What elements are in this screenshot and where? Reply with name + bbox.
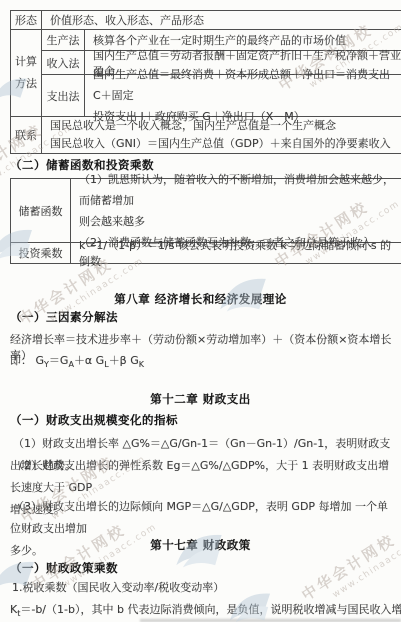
formula-part: 即： G: [10, 354, 44, 367]
chapter17-subheading: （一）财政政策乘数: [10, 560, 118, 576]
row-label-savings-function: 储蓄函数: [11, 179, 71, 243]
scanned-notes-page: 形态 价值形态、收入形态、产品形态 计算方法 生产法 核算各个产业在一定时期生产…: [0, 0, 401, 622]
row-label-form: 形态: [11, 11, 42, 30]
chapter8-subheading: （一）三因素分解法: [10, 309, 118, 325]
relation-value: 国民总收入是一个收入概念，国内生产总值是一个生产概念 国民总收入（GNI）＝国内…: [42, 117, 401, 154]
relation-line: 国民总收入（GNI）＝国内生产总值（GDP）＋来自国外的净要素收入: [50, 135, 391, 154]
savings-line: （1）凯恩斯认为，随着收入的不断增加，消费增加会越来越少，而储蓄增加: [79, 169, 401, 211]
relation-line: 国民总收入是一个收入概念，国内生产总值是一个生产概念: [50, 117, 336, 136]
savings-multiplier-table: 储蓄函数 （1）凯恩斯认为，随着收入的不断增加，消费增加会越来越少，而储蓄增加 …: [10, 178, 401, 264]
desc-line: 国内生产总值＝最终消费＋资本形成总额＋净出口＝消费支出 C＋固定: [93, 64, 401, 106]
investment-multiplier-value: k＝1/（1-β）＝1/s 该公式表明投资乘数 k 为边际储蓄倾向 s 的倒数: [71, 243, 401, 264]
para-line: （3）财政支出增长的边际倾向 MGP＝△G/△GDP，表明 GDP 每增加 一个…: [10, 496, 396, 540]
savings-line: 则会越来越多: [79, 211, 145, 232]
method-name-expenditure: 支出法: [42, 75, 85, 117]
method-name-production: 生产法: [42, 30, 85, 51]
formula-part: ＝-b/（1-b），其中 b 代表边际消费倾向，是负值，说明税收增减与国民收入增…: [20, 603, 401, 616]
row-label-method: 计算方法: [11, 30, 42, 117]
formula-part: ＋α G: [74, 354, 104, 367]
savings-function-value: （1）凯恩斯认为，随着收入的不断增加，消费增加会越来越少，而储蓄增加 则会越来越…: [71, 179, 401, 243]
gdp-accounting-table: 形态 价值形态、收入形态、产品形态 计算方法 生产法 核算各个产业在一定时期生产…: [10, 10, 401, 154]
tax-multiplier-heading: 1.税收乘数（国民收入变动率/税收变动率）: [12, 579, 224, 595]
method-label-text: 计算方法: [14, 51, 38, 95]
formula-part: ＝G: [49, 354, 69, 367]
chapter12-title: 第十二章 财政支出: [0, 391, 401, 407]
tax-multiplier-formula: Kt＝-b/（1-b），其中 b 代表边际消费倾向，是负值，说明税收增减与国民收…: [10, 601, 401, 618]
method-name-income: 收入法: [42, 51, 85, 75]
formula-subscript: K: [139, 360, 144, 369]
form-value: 价值形态、收入形态、产品形态: [42, 11, 401, 30]
chapter17-title: 第十七章 财政政策: [0, 537, 401, 553]
chapter8-title: 第八章 经济增长和经济发展理论: [0, 291, 401, 307]
para-line: （2）财政支出增长的弹性系数 Eg＝△G%/△GDP%，大于 1 表明财政支出增…: [10, 455, 396, 499]
formula-part: ＋β G: [109, 354, 139, 367]
growth-rate-formula: 即： GY＝GA＋α GL＋β GK: [10, 352, 144, 369]
method-desc-expenditure: 国内生产总值＝最终消费＋资本形成总额＋净出口＝消费支出 C＋固定 投资支出 I＋…: [85, 75, 401, 117]
row-label-investment-multiplier: 投资乘数: [11, 243, 71, 264]
row-label-relation: 联系: [11, 117, 42, 154]
chapter12-subheading: （一）财政支出规模变化的指标: [10, 412, 178, 428]
